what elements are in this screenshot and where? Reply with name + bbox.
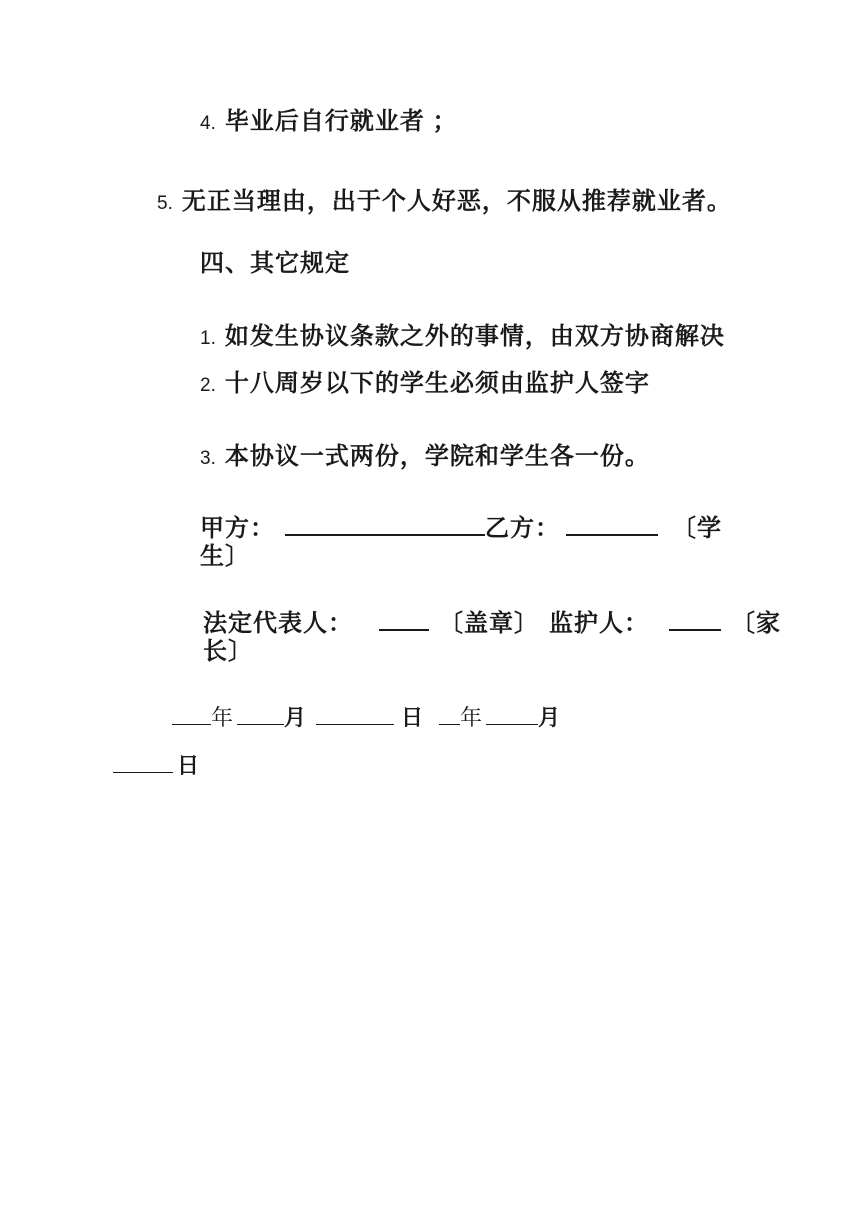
clause-3: 3.本协议一式两份，学院和学生各一份。: [200, 442, 650, 474]
clause-number: 2.: [200, 375, 216, 396]
guardian-note-wrap: 长〕: [203, 638, 253, 665]
legal-rep-line: 法定代表人：〔盖章〕监护人：〔家: [203, 607, 781, 639]
section-heading: 四、其它规定: [200, 249, 350, 279]
signature-parties-line: 甲方：乙方：〔学: [200, 512, 722, 544]
student-note-wrap: 生〕: [200, 543, 250, 570]
item-text: 毕业后自行就业者 ；: [225, 108, 458, 135]
year-label: 年: [460, 705, 483, 730]
party-b-label: 乙方：: [485, 515, 560, 542]
month-label: 月: [284, 705, 307, 730]
item-number: 4.: [200, 113, 216, 134]
signature-parties-wrap: 生〕: [200, 542, 250, 572]
list-item-4: 4.毕业后自行就业者 ；: [200, 107, 458, 139]
document-page: 4.毕业后自行就业者 ； 5.无正当理由，出于个人好恶，不服从推荐就业者。 四、…: [0, 0, 860, 1218]
day-fill-blank: [316, 704, 394, 725]
date-line-wrap: 日: [113, 750, 200, 782]
guardian-label: 监护人：: [549, 610, 649, 637]
clause-text: 本协议一式两份，学院和学生各一份。: [225, 443, 650, 470]
clause-text: 如发生协议条款之外的事情，由双方协商解决: [225, 323, 725, 350]
guardian-fill-blank: [669, 607, 721, 631]
student-note-start: 〔学: [672, 515, 722, 542]
seal-note: 〔盖章〕: [439, 610, 539, 637]
year-fill-blank: [172, 704, 211, 725]
clause-number: 3.: [200, 448, 216, 469]
clause-text: 十八周岁以下的学生必须由监护人签字: [225, 370, 650, 397]
day-label: 日: [177, 753, 200, 778]
year2-fill-blank: [439, 704, 460, 725]
month2-fill-blank: [486, 704, 538, 725]
legal-rep-label: 法定代表人：: [203, 610, 353, 637]
month-label: 月: [538, 705, 561, 730]
list-item-5: 5.无正当理由，出于个人好恶，不服从推荐就业者。: [157, 187, 732, 219]
day-label: 日: [401, 705, 424, 730]
day2-fill-blank: [113, 752, 173, 773]
party-b-fill-blank: [566, 512, 658, 536]
year-label: 年: [211, 705, 234, 730]
legal-rep-wrap: 长〕: [203, 637, 253, 667]
legal-rep-fill-blank: [379, 607, 429, 631]
party-a-fill-blank: [285, 512, 485, 536]
month-fill-blank: [237, 704, 284, 725]
date-line: 年月日年月: [172, 702, 561, 734]
clause-1: 1.如发生协议条款之外的事情，由双方协商解决: [200, 322, 725, 354]
party-a-label: 甲方：: [200, 515, 275, 542]
clause-number: 1.: [200, 328, 216, 349]
guardian-note-start: 〔家: [731, 610, 781, 637]
item-number: 5.: [157, 193, 173, 214]
clause-2: 2.十八周岁以下的学生必须由监护人签字: [200, 369, 650, 401]
item-text: 无正当理由，出于个人好恶，不服从推荐就业者。: [182, 188, 732, 215]
